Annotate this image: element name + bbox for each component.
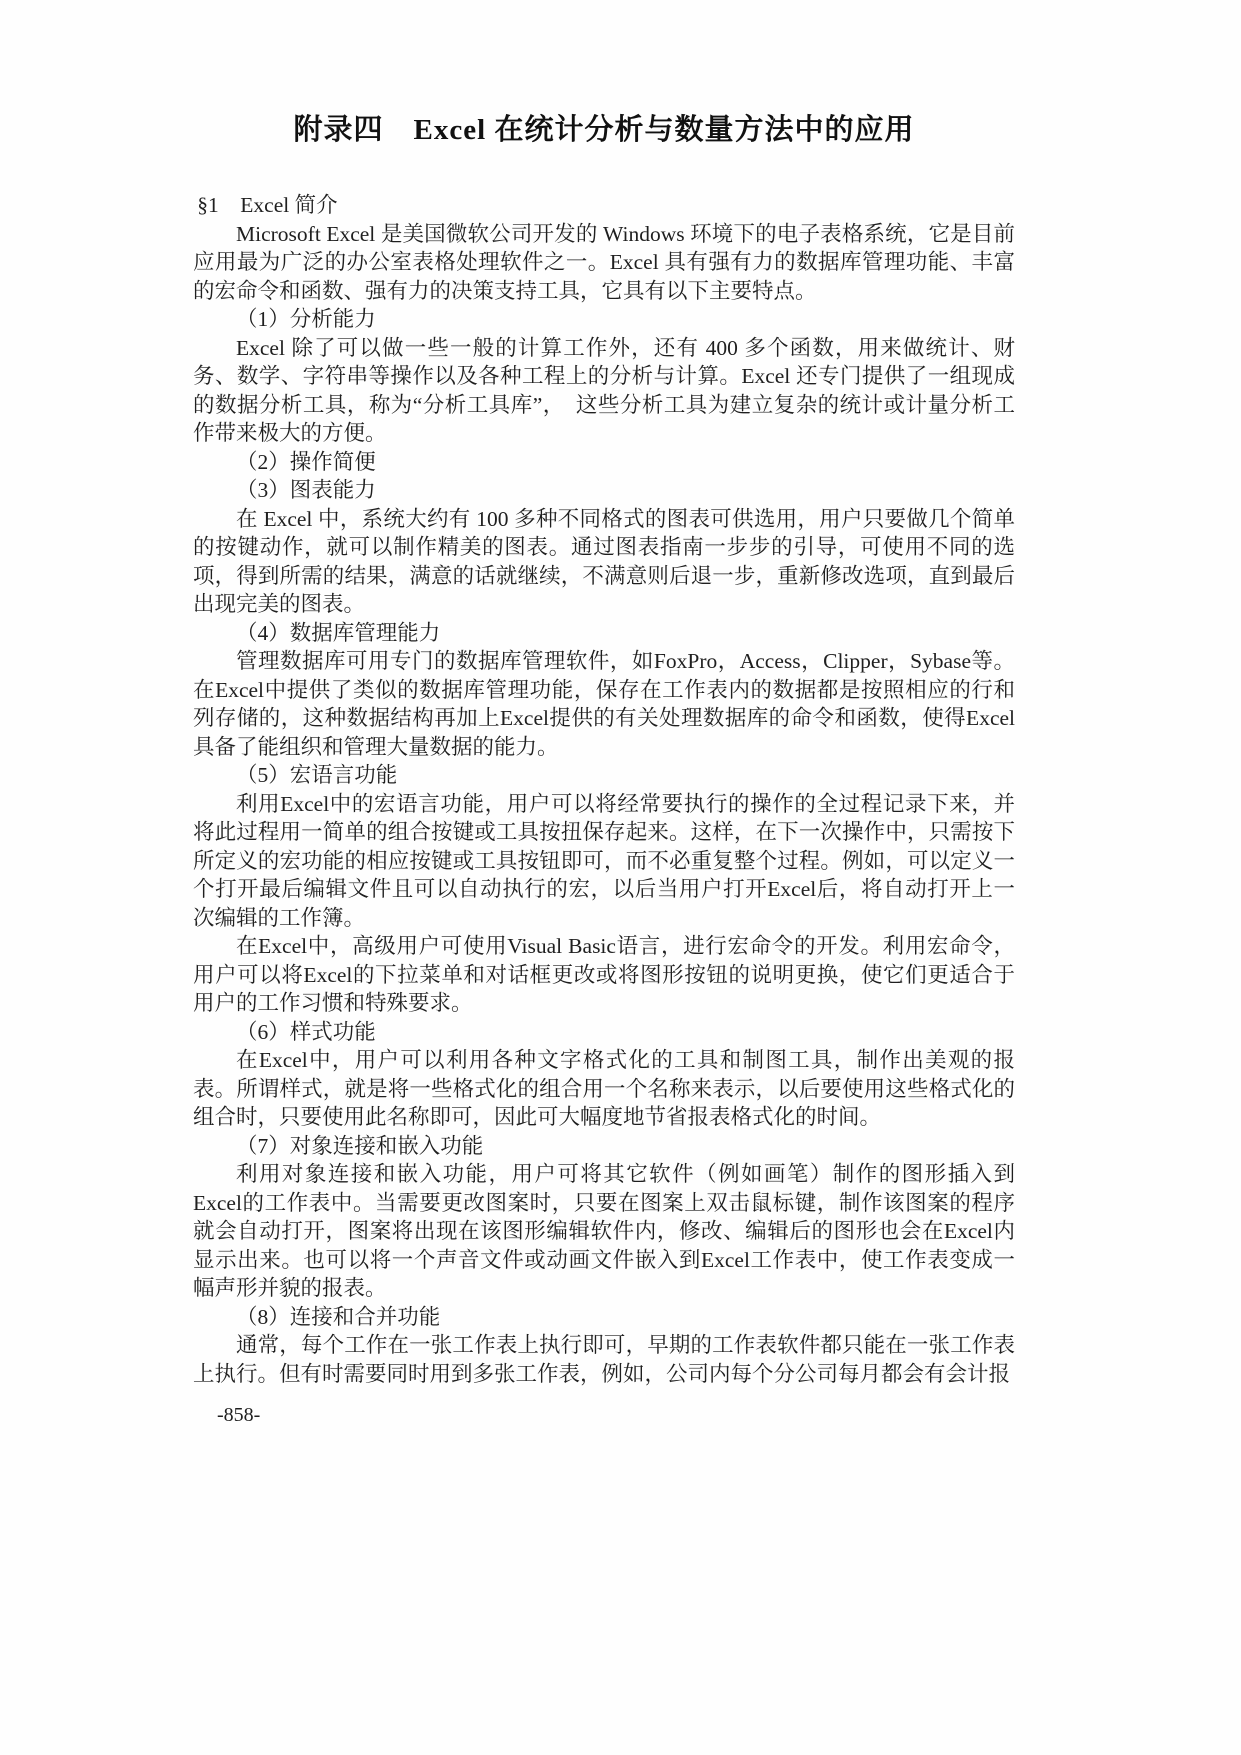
section-heading: §1 Excel 简介 [193, 191, 1015, 220]
item-heading: （3）图表能力 [193, 476, 1015, 505]
document-body: Microsoft Excel 是美国微软公司开发的 Windows 环境下的电… [193, 220, 1015, 1389]
paragraph: 利用Excel中的宏语言功能，用户可以将经常要执行的操作的全过程记录下来，并将此… [193, 790, 1015, 933]
paragraph: 在Excel中，用户可以利用各种文字格式化的工具和制图工具，制作出美观的报表。所… [193, 1046, 1015, 1132]
document-page: 附录四 Excel 在统计分析与数量方法中的应用 §1 Excel 简介 Mic… [193, 112, 1015, 1428]
item-heading: （1）分析能力 [193, 305, 1015, 334]
paragraph: 管理数据库可用专门的数据库管理软件，如FoxPro，Access，Clipper… [193, 647, 1015, 761]
paragraph: 在 Excel 中，系统大约有 100 多种不同格式的图表可供选用，用户只要做几… [193, 505, 1015, 619]
paragraph: Microsoft Excel 是美国微软公司开发的 Windows 环境下的电… [193, 220, 1015, 306]
paragraph: 通常，每个工作在一张工作表上执行即可，早期的工作表软件都只能在一张工作表上执行。… [193, 1331, 1015, 1388]
item-heading: （4）数据库管理能力 [193, 619, 1015, 648]
item-heading: （8）连接和合并功能 [193, 1303, 1015, 1332]
page-title: 附录四 Excel 在统计分析与数量方法中的应用 [193, 112, 1015, 148]
item-heading: （7）对象连接和嵌入功能 [193, 1132, 1015, 1161]
item-heading: （6）样式功能 [193, 1018, 1015, 1047]
item-heading: （2）操作简便 [193, 448, 1015, 477]
paragraph: 在Excel中，高级用户可使用Visual Basic语言，进行宏命令的开发。利… [193, 932, 1015, 1018]
paragraph: 利用对象连接和嵌入功能，用户可将其它软件（例如画笔）制作的图形插入到Excel的… [193, 1160, 1015, 1303]
page-number: -858- [193, 1402, 1015, 1428]
paragraph: Excel 除了可以做一些一般的计算工作外，还有 400 多个函数，用来做统计、… [193, 334, 1015, 448]
item-heading: （5）宏语言功能 [193, 761, 1015, 790]
